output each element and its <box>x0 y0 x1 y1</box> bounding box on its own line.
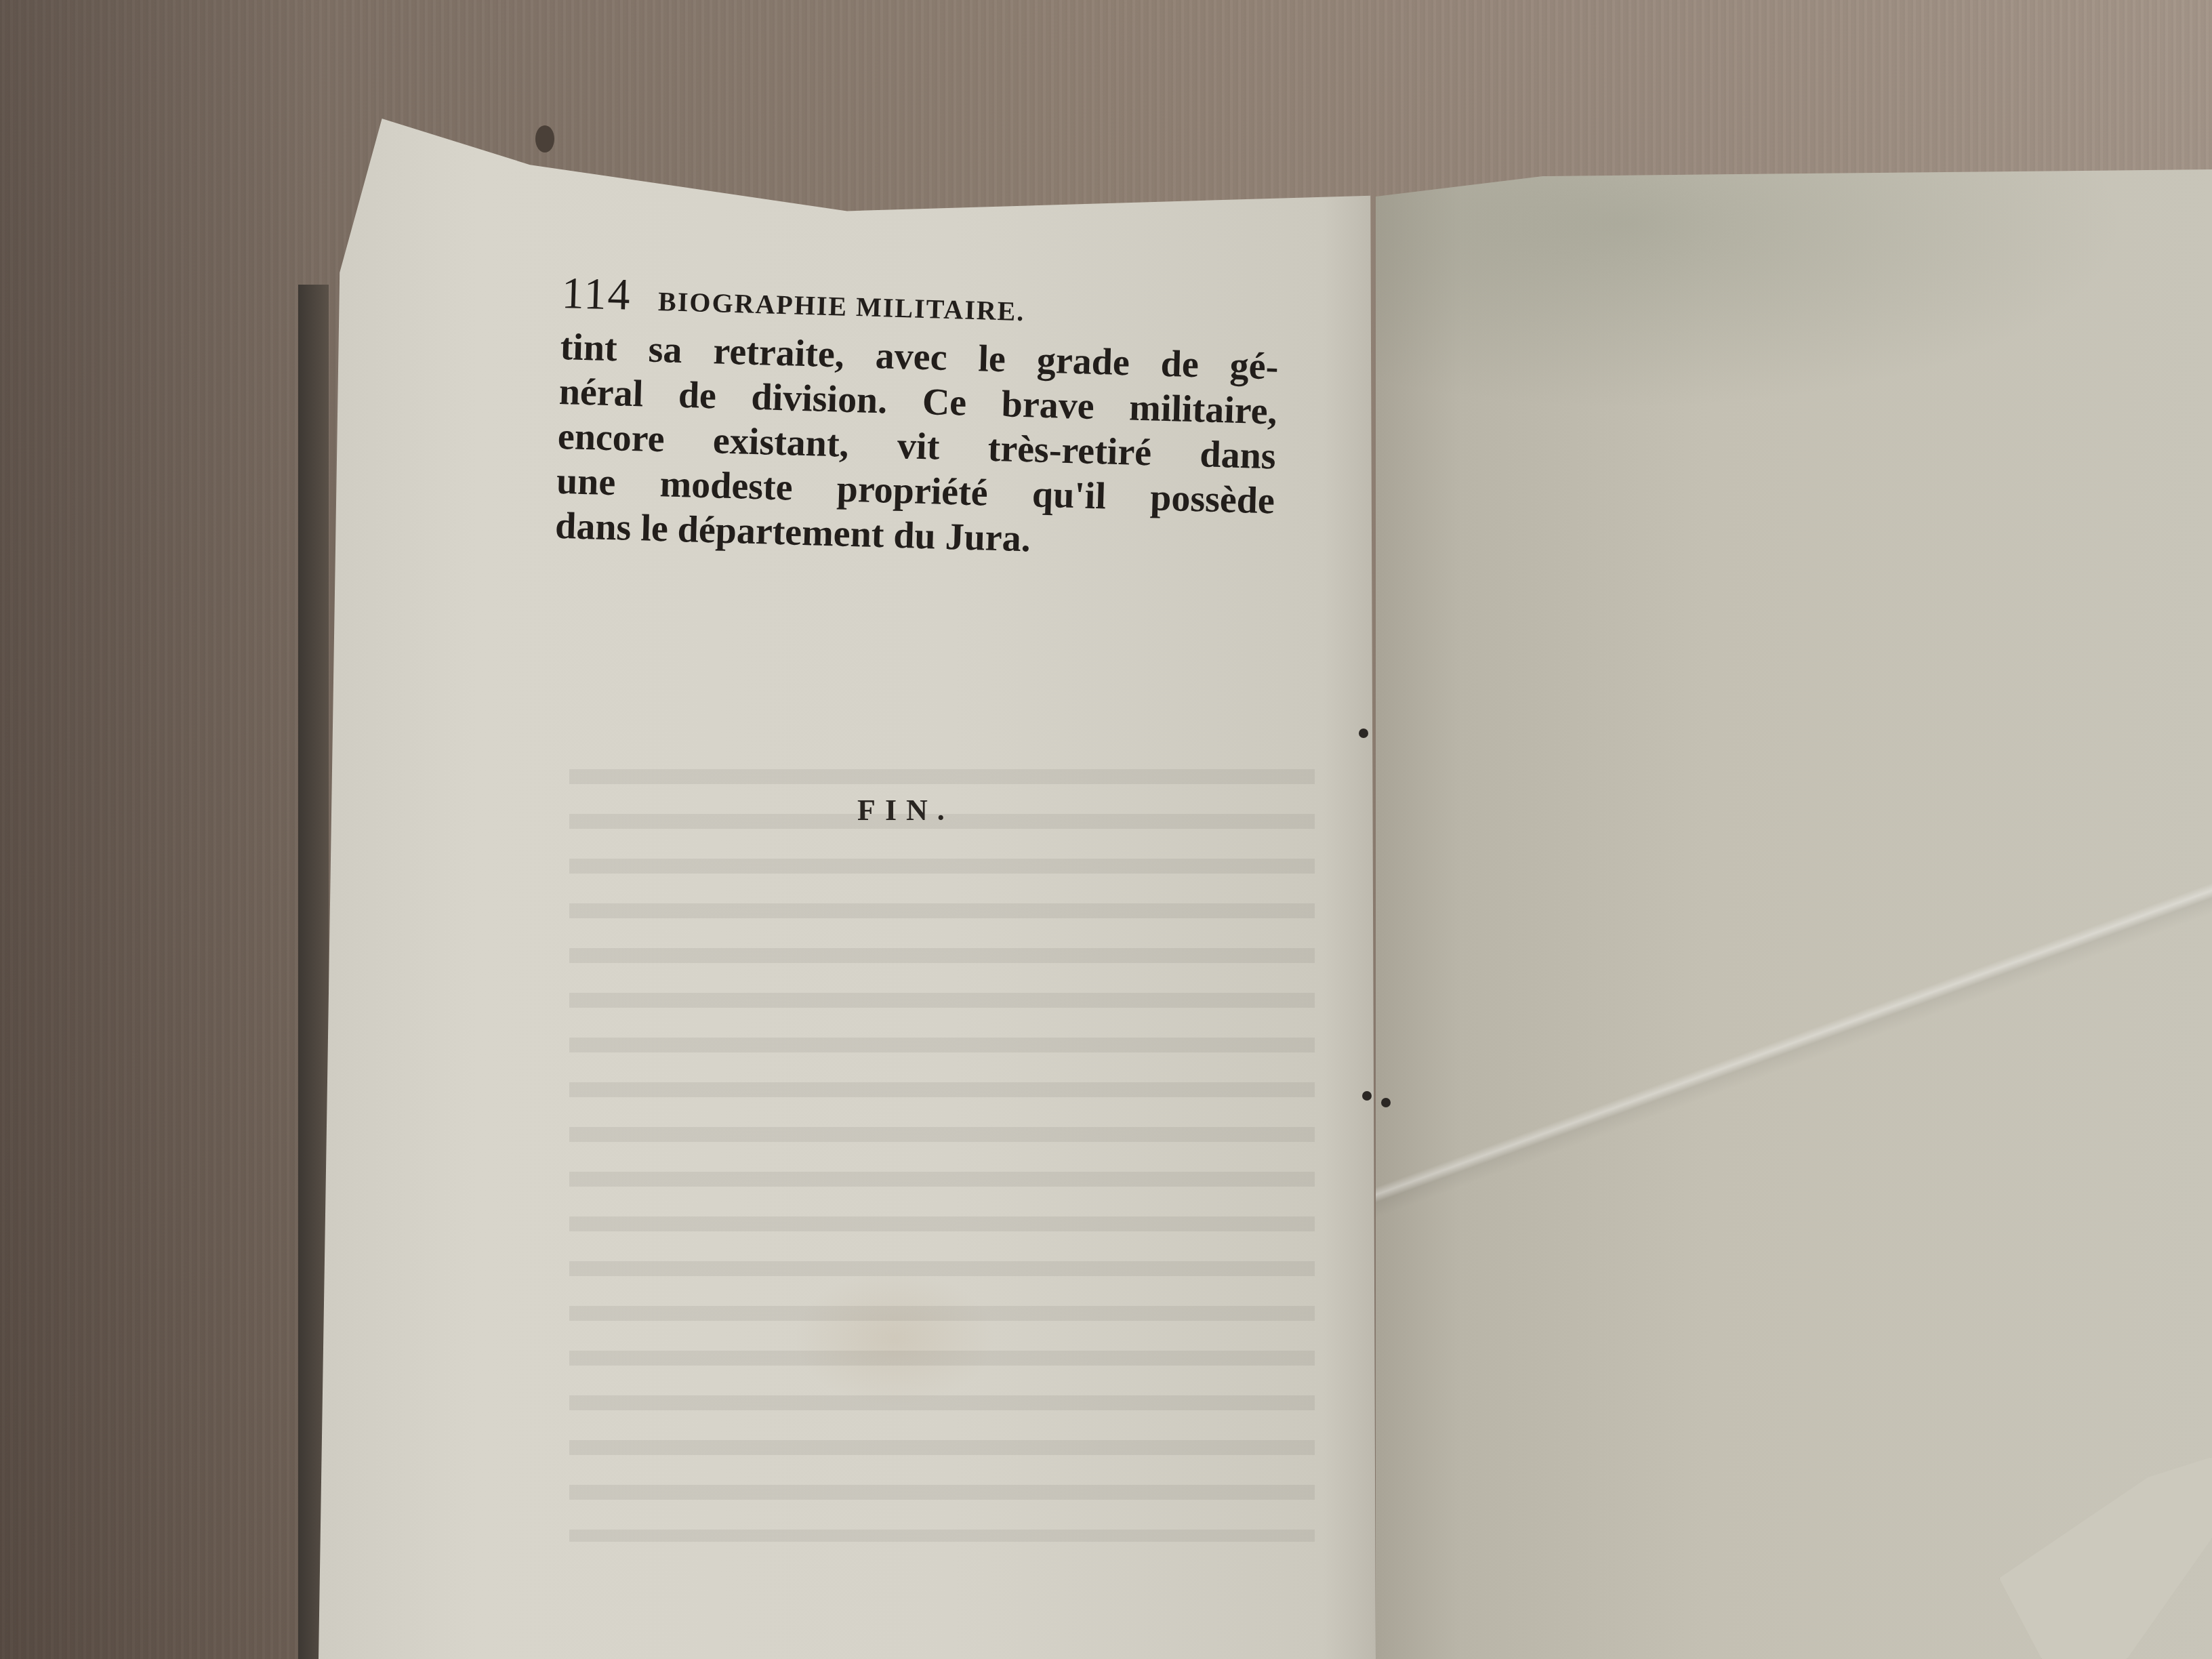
page-corner-damage <box>535 125 554 152</box>
fin-marker: FIN. <box>857 793 954 827</box>
endpaper-stain <box>1376 169 2212 441</box>
binding-stitch-hole <box>1381 1098 1391 1107</box>
page-text-block: 114 BIOGRAPHIE MILITAIRE. tint sa retrai… <box>554 268 1280 568</box>
page-number: 114 <box>561 268 632 321</box>
endpaper-crease <box>1376 813 2212 1288</box>
binding-stitch-hole <box>1359 729 1368 738</box>
binding-stitch-hole <box>1362 1091 1372 1101</box>
running-head-title: BIOGRAPHIE MILITAIRE. <box>658 285 1025 327</box>
show-through-text <box>569 769 1315 1542</box>
table-shadow <box>0 0 325 1659</box>
